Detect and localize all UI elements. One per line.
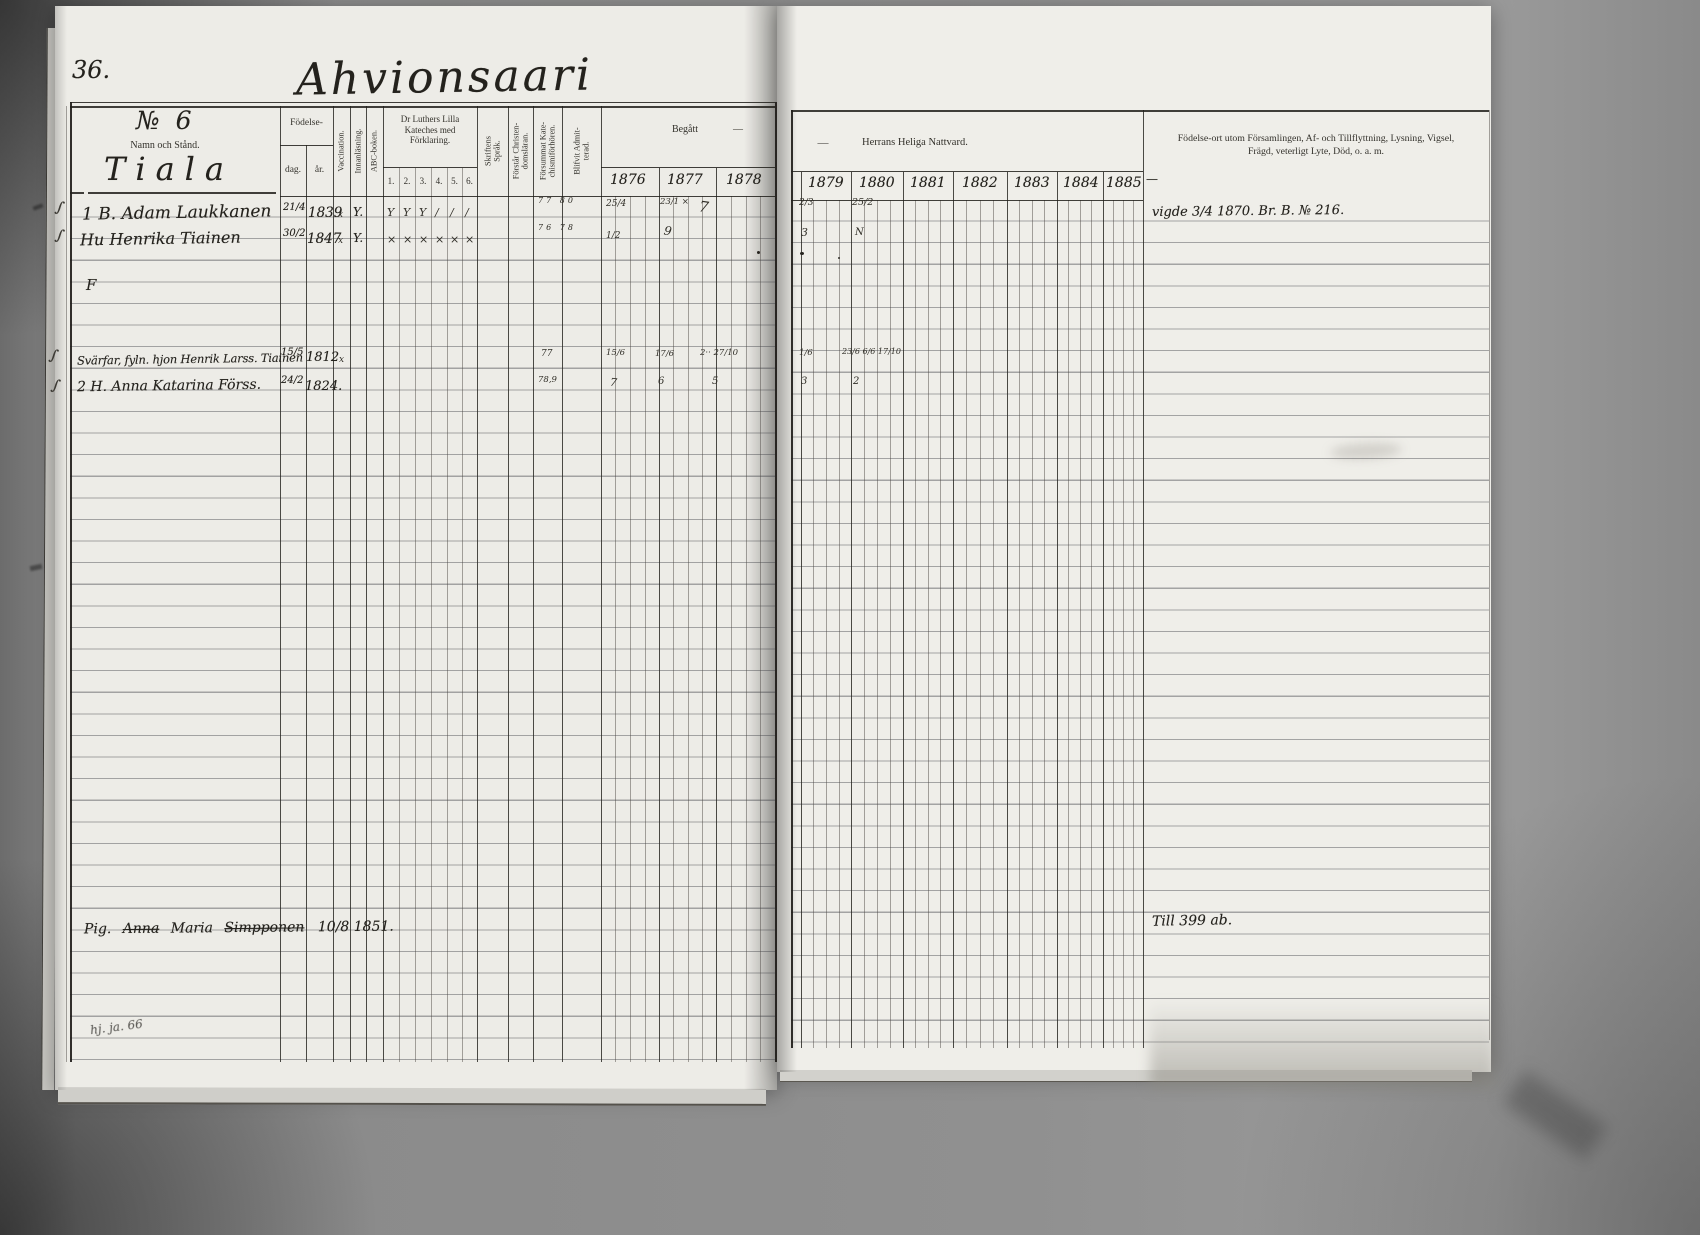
entry-name: 2 H. Anna Katarina Förss. [77,377,261,396]
table-line-v [928,200,929,1048]
communion-date: 23/1 × [660,197,689,207]
bottom-entry-surname-struck: Simpponen [224,919,304,936]
table-line-v [399,168,400,1062]
year-1880: 1880 [859,175,895,191]
communion-date: 2 [853,376,859,387]
communion-date: 25/2 [852,197,873,208]
table-line-v [477,106,478,1062]
catechism-mark: / [435,206,439,219]
vaccination-mark: x [339,355,344,365]
communion-date: 2/3 [799,198,813,208]
table-line-v [813,200,814,1048]
reading-mark: Y. [353,205,363,219]
table-line-v [447,168,448,1062]
table-line-v [1019,200,1020,1048]
page-title: Ahvionsaari [296,49,594,105]
birth-day-heading: dag. [281,165,305,176]
bottom-entry: Pig. Anna Maria Simpponen 10/8 1851. [84,919,394,938]
marriage-note: vigde 3/4 1870. Br. B. № 216. [1152,203,1344,220]
table-line-v [993,200,994,1048]
table-line-v [731,196,732,1062]
communion-date: 6 [658,376,664,387]
transfer-note: Till 399 ab. [1152,912,1232,929]
table-line-v [66,106,67,1062]
table-line-v [1103,172,1104,1048]
communion-date: 17/6 [655,349,674,359]
table-line-v [630,196,631,1062]
table-line-v [1007,172,1008,1048]
missed-catechism-heading: Försummat Kate- chismiförhören. [537,107,559,196]
catechism-mark: × [465,233,474,246]
understands-heading: Förstår Christen- domsläran. [510,107,532,196]
year-1885: 1885 [1106,175,1142,191]
table-line-v [1143,110,1144,1048]
communion-date: 7 [609,376,617,390]
entry-birth-day: 15/5 [281,347,303,358]
communion-heading: Herrans Heliga Nattvard. [862,137,1032,149]
catechism-col-2: 2. [399,176,415,186]
communion-date: 1/6 [799,348,813,358]
missed-years-note: 77 80 [538,196,576,205]
birth-heading: Födelse- [278,118,335,129]
ink-dot [757,251,760,254]
table-line-h [601,167,775,168]
table-line-v [966,200,967,1048]
year-1883: 1883 [1014,175,1050,191]
catechism-col-5: 5. [447,176,462,186]
table-line-v [1489,110,1490,1040]
communion-date: 7 [698,197,710,216]
communion-date: 15/6 [606,348,625,358]
table-line-h [70,192,84,194]
communion-date: 25/4 [606,199,626,209]
table-line-v [1044,200,1045,1048]
table-line-v [415,168,416,1062]
communion-dash: — [812,137,834,150]
year-1878: 1878 [726,172,762,188]
communion-date: 1/2 [606,231,620,241]
bottom-entry-name: Maria [171,920,213,936]
page-corner-smudge [1150,1000,1495,1088]
begatt-dash: — [728,124,748,136]
vaccination-mark: x [338,236,343,246]
year-1882: 1882 [962,175,998,191]
catechism-col-6: 6. [462,176,477,186]
table-line-h [383,167,477,168]
table-line-h [791,200,1143,201]
table-line-h [280,145,333,146]
under-page-edge-left [58,1087,766,1106]
table-line-v [953,172,954,1048]
catechism-heading: Dr Luthers Lilla Kateches med Förklaring… [384,114,476,146]
table-line-v [760,196,761,1062]
table-line-v [645,196,646,1062]
bottom-entry-prefix: Pig. [84,921,111,937]
margin-smudge [30,564,43,571]
table-line-v [70,102,72,1062]
ink-dot [800,252,804,255]
notes-column-heading: Födelse-ort utom Församlingen, Af- och T… [1148,132,1484,158]
catechism-mark: Y [403,206,410,219]
catechism-mark: Y [387,206,394,219]
begatt-heading: Begått [655,124,715,136]
year-1876: 1876 [610,172,646,188]
communion-date: 3 [801,376,807,387]
catechism-col-4: 4. [431,176,447,186]
table-line-h [791,171,1143,172]
bottom-entry-name-struck: Anna [123,921,160,937]
stray-mark: F [86,276,96,294]
table-line-v [508,106,509,1062]
table-line-v [791,110,793,1048]
record-number: № 6 [136,106,196,135]
entry-name: Hu Henrika Tiainen [80,228,241,250]
catechism-mark: × [403,233,412,246]
table-line-v [890,200,891,1048]
table-line-v [839,200,840,1048]
table-line-v [1068,200,1069,1048]
table-line-v [940,200,941,1048]
corner-streak [1503,1070,1608,1160]
catechism-mark: Y [419,206,426,219]
birth-year-heading: år. [307,165,332,176]
table-line-v [826,200,827,1048]
table-line-v [462,168,463,1062]
table-line-v [903,172,904,1048]
table-line-v [601,106,602,1062]
table-line-v [864,200,865,1048]
after-1885-dash: — [1146,172,1158,186]
table-line-v [1123,200,1124,1048]
margin-smudge [33,203,44,210]
reading-mark: Y. [353,231,363,245]
catechism-mark: × [435,233,444,246]
communion-date: 2·· 27/10 [700,348,738,358]
communion-date: 23/6 6/6 17/10 [842,347,901,356]
missed-years-note: 78,9 [538,375,557,385]
page-number: 36. [72,56,110,84]
table-line-v [615,196,616,1062]
table-line-v [533,106,534,1062]
table-line-v [716,168,717,1062]
year-1877: 1877 [667,172,703,188]
scanned-parish-register: { "page_number": "36.", "title": "Ahvion… [0,0,1700,1235]
catechism-col-1: 1. [383,176,399,186]
table-line-v [801,172,802,1048]
table-line-v [688,196,689,1062]
table-line-v [702,196,703,1062]
catechism-mark: / [465,206,469,219]
ink-dot [838,257,840,259]
table-line-v [1080,200,1081,1048]
communion-date: N [855,227,864,238]
table-line-v [915,200,916,1048]
table-line-v [775,102,777,1062]
table-line-v [431,168,432,1062]
catechism-mark: × [387,233,396,246]
table-line-v [980,200,981,1048]
catechism-col-3: 3. [415,176,431,186]
year-1879: 1879 [808,175,844,191]
table-line-v [877,200,878,1048]
village-name: Tiala [104,150,234,188]
entry-birth-year: 1824. [305,379,342,394]
entry-name: 1 B. Adam Laukkanen [82,201,272,224]
vaccination-mark: x [338,210,343,220]
communion-date: 3 [801,226,808,239]
table-line-v [1113,200,1114,1048]
entry-birth-day: 21/4 [283,202,305,213]
entry-birth-day: 30/2 [283,228,305,239]
catechism-mark: / [450,206,454,219]
table-line-v [1057,172,1058,1048]
table-line-v [659,168,660,1062]
table-line-v [1133,200,1134,1048]
table-line-v [1091,200,1092,1048]
ruled-lines-right [791,200,1489,1048]
admitted-heading: Blifvit Admit- terad. [571,107,593,196]
catechism-mark: × [450,233,459,246]
year-1881: 1881 [910,175,946,191]
entry-birth-year: 1847 [307,231,341,247]
table-line-v [562,106,563,1062]
catechism-mark: × [419,233,428,246]
communion-date: 5 [712,376,718,387]
bottom-entry-date: 10/8 1851. [318,919,394,936]
table-line-h [791,110,1489,112]
entry-birth-day: 24/2 [281,375,303,386]
missed-years-note: 77 [541,349,552,359]
scripture-heading: Skriftens Språk. [482,107,504,196]
entry-birth-year: 1812 [306,350,339,365]
table-line-v [280,106,281,1062]
table-line-v [746,196,747,1062]
table-line-v [1032,200,1033,1048]
table-line-v [851,172,852,1048]
missed-years-note: 76 78 [538,223,576,232]
year-1884: 1884 [1063,175,1099,191]
table-line-h [88,192,276,194]
table-line-v [673,196,674,1062]
